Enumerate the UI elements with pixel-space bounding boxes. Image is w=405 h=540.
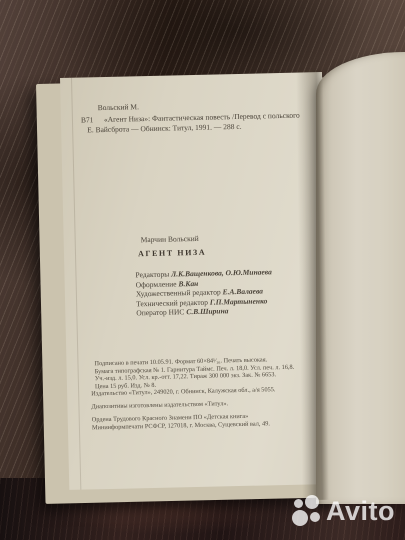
credit-value: Е.А.Валаева xyxy=(222,287,263,297)
credit-label: Редакторы xyxy=(135,270,169,280)
catalog-author: Вольский М. xyxy=(98,102,139,112)
film-line: Диапозитивы изготовлены издательством «Т… xyxy=(91,400,228,410)
avito-brand-text: Avito xyxy=(326,494,395,528)
avito-logo-icon xyxy=(292,494,322,528)
credit-value: Г.П.Мартыненко xyxy=(210,296,268,306)
colophon-page: Вольский М. В71 «Агент Низа»: Фантастиче… xyxy=(60,72,331,490)
book-title: АГЕНТ НИЗА xyxy=(138,248,206,259)
credit-label: Оформление xyxy=(136,279,177,289)
curled-right-page xyxy=(316,52,405,504)
credit-value: С.В.Ширина xyxy=(186,307,228,317)
avito-watermark: Avito xyxy=(292,494,395,528)
book-photo: Вольский М. В71 «Агент Низа»: Фантастиче… xyxy=(0,0,405,540)
credit-label: Оператор НИС xyxy=(136,308,184,318)
credits-list: Редакторы Л.К.Ващенкова, О.Ю.Минаева Офо… xyxy=(135,267,272,318)
printer-block: Ордена Трудового Красного Знамени ПО «Де… xyxy=(92,412,270,432)
catalog-index-code: В71 xyxy=(81,115,94,124)
author-name: Марчин Вольский xyxy=(141,234,199,244)
credit-value: В.Кан xyxy=(178,279,198,288)
credit-value: Л.К.Ващенкова, О.Ю.Минаева xyxy=(171,267,272,278)
credit-row: Оператор НИС С.В.Ширина xyxy=(136,306,273,319)
